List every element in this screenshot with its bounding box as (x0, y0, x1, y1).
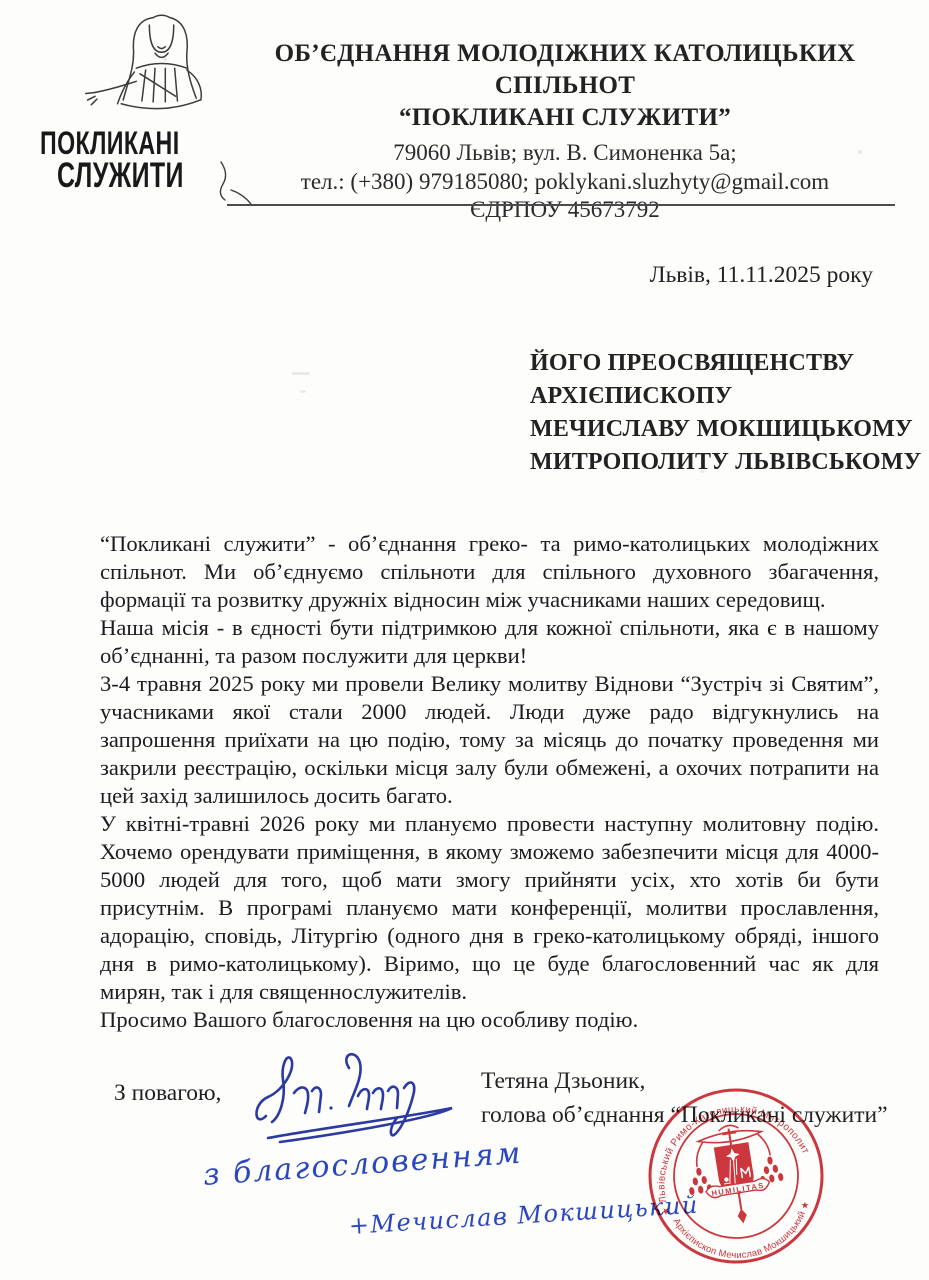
body-paragraph: Просимо Вашого благословення на цю особл… (100, 1006, 879, 1034)
stamp-coat-of-arms-icon (680, 1118, 789, 1230)
jesus-line-drawing-icon (80, 12, 230, 130)
scan-speck (300, 390, 306, 393)
salutation: З повагою, (114, 1080, 221, 1107)
body-paragraph: Наша місія - в єдності бути підтримкою д… (100, 614, 879, 670)
bishop-seal-stamp: ★ Львівський Римо-Католицький Митрополит… (633, 1073, 839, 1279)
addressee-block: ЙОГО ПРЕОСВЯЩЕНСТВУ АРХІЄПИСКОПУ МЕЧИСЛА… (530, 347, 921, 479)
logo-wordmark-line2: СЛУЖИТИ (57, 155, 184, 196)
scan-speck (163, 57, 167, 61)
scanned-letter-page: ПОКЛИКАНІ СЛУЖИТИ ОБ’ЄДНАННЯ МОЛОДІЖНИХ … (0, 0, 929, 1280)
body-paragraph: “Покликані служити” - об’єднання греко- … (100, 530, 879, 614)
handwritten-signature (252, 1040, 467, 1145)
addressee-line: МЕЧИСЛАВУ МОКШИЦЬКОМУ (530, 413, 921, 446)
handwritten-bishop-signature: +Мечислав Мокшицький (348, 1191, 700, 1240)
organization-edrpou: ЄДРПОУ 45673792 (235, 196, 895, 225)
scan-speck (292, 372, 310, 375)
date-line: Львів, 11.11.2025 року (650, 262, 873, 289)
addressee-line: АРХІЄПИСКОПУ (530, 380, 921, 413)
body-paragraph: У квітні-травні 2026 року ми плануємо пр… (100, 810, 879, 1006)
stamp-ring-text-bottom: Архієпископ Мечислав Мокшицький ★ (670, 1196, 820, 1272)
letterhead: ОБ’ЄДНАННЯ МОЛОДІЖНИХ КАТОЛИЦЬКИХ СПІЛЬН… (235, 38, 895, 225)
organization-name-line1: ОБ’ЄДНАННЯ МОЛОДІЖНИХ КАТОЛИЦЬКИХ СПІЛЬН… (235, 38, 895, 102)
organization-name-line2: “ПОКЛИКАНІ СЛУЖИТИ” (235, 102, 895, 134)
organization-contacts: тел.: (+380) 979185080; poklykani.sluzhy… (235, 168, 895, 197)
scan-speck (858, 150, 862, 154)
organization-logo: ПОКЛИКАНІ СЛУЖИТИ (55, 10, 245, 225)
organization-address: 79060 Львів; вул. В. Симоненка 5а; (235, 139, 895, 168)
svg-text:Архієпископ Мечислав Мокшицьки: Архієпископ Мечислав Мокшицький ★ (670, 1196, 820, 1272)
letter-body: “Покликані служити” - об’єднання греко- … (100, 530, 879, 1034)
letterhead-divider (227, 204, 895, 206)
addressee-line: ЙОГО ПРЕОСВЯЩЕНСТВУ (530, 347, 921, 380)
addressee-line: МИТРОПОЛИТУ ЛЬВІВСЬКОМУ (530, 446, 921, 479)
scan-speck (700, 470, 705, 473)
body-paragraph: 3-4 травня 2025 року ми провели Велику м… (100, 670, 879, 810)
